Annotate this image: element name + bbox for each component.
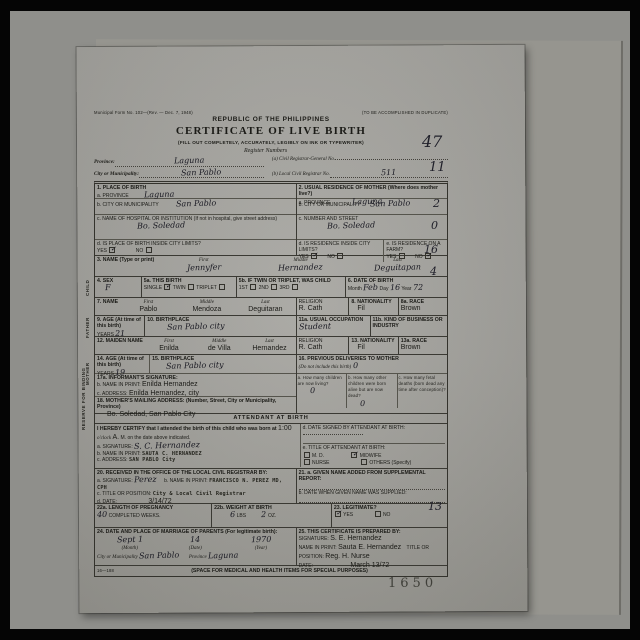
margin-note: 4 — [430, 265, 437, 278]
row-attendant: ATTENDANT AT BIRTH I HEREBY CERTIFY that… — [95, 413, 447, 468]
s1c-value: Bo. Soledad — [137, 221, 185, 229]
s19-name-label: b. NAME IN PRINT: — [97, 451, 141, 457]
mother-nationality: Fil — [357, 344, 364, 351]
s9-label: 9. AGE (At time of this birth) — [97, 317, 141, 330]
s24-label: 24. DATE AND PLACE OF MARRIAGE OF PARENT… — [97, 529, 277, 535]
informant-address: Enilda Hernandez, city — [129, 390, 199, 397]
province-value: Laguna — [174, 157, 204, 165]
s16c-label: c. How many fetal deaths (born dead any … — [399, 375, 446, 393]
s21a-label: 21. a. GIVEN NAME ADDED FROM SUPPLEMENTA… — [299, 470, 426, 483]
row-father-age: 9. AGE (At time of this birth) YEARS 21 … — [95, 315, 447, 336]
city-label: City or Municipality: — [94, 171, 139, 178]
certificate-form: CHILD FATHER MOTHER Municipal Form No. 1… — [94, 110, 448, 574]
row-mother-name: 12. MAIDEN NAME First Enilda Middle de V… — [95, 336, 447, 354]
mother-religion: R. Cath — [299, 344, 323, 351]
row-pregnancy-weight: 22a. LENGTH OF PREGNANCY 40 COMPLETED WE… — [95, 503, 447, 527]
s13a-label: 13a. RACE — [401, 338, 427, 344]
s17-label: 17a. INFORMANT'S SIGNATURE: — [97, 375, 178, 381]
reg-a-label: (a) Civil Registrar-General No. — [272, 157, 335, 163]
triplet-checkbox — [219, 284, 225, 290]
s5b-1st-label: 1ST — [239, 285, 248, 291]
others-checkbox — [361, 459, 367, 465]
marriage-day: 14 — [190, 536, 200, 543]
row-registrar: 20. RECEIVED IN THE OFFICE OF THE LOCAL … — [95, 468, 447, 503]
attendant-signature: S. C. Hernandez — [134, 441, 200, 450]
province-label: Province: — [94, 159, 115, 166]
father-religion: R. Cath — [299, 305, 323, 312]
child-first-name: Jennyfer — [186, 264, 220, 272]
weight-oz: 2 — [261, 511, 266, 518]
margin-note: 11 — [429, 160, 446, 175]
preparer-name: Sauta E. Hernandez — [338, 544, 401, 551]
s20-sig-label: a. SIGNATURE: — [97, 478, 133, 484]
s13-label: 13. NATIONALITY — [351, 338, 394, 344]
marriage-province: Laguna — [208, 551, 238, 559]
s16-total: 0 — [352, 362, 357, 369]
s1a-label: a. PROVINCE — [97, 193, 129, 199]
father-first-name: Pablo — [139, 306, 157, 313]
document-number-stamp: 1650 — [388, 576, 437, 591]
s16b-value: 0 — [360, 400, 365, 407]
s19-oclock-label: o'clock — [97, 436, 111, 441]
s19-date-label: d. DATE SIGNED BY ATTENDANT AT BIRTH: — [303, 425, 405, 431]
s2e-yes-checkbox — [399, 253, 405, 259]
mother-birthplace: San Pablo city — [166, 362, 224, 371]
margin-note: 16 — [424, 243, 438, 256]
place-of-birth-section: 1. PLACE OF BIRTH a. PROVINCE Laguna b. … — [95, 184, 296, 255]
s25-label: 25. THIS CERTIFICATE IS PREPARED BY: — [299, 529, 401, 535]
s22a-label: 22a. LENGTH OF PREGNANCY — [97, 505, 173, 511]
s2-title: 2. USUAL RESIDENCE OF MOTHER (Where does… — [299, 185, 438, 198]
s1-title: 1. PLACE OF BIRTH — [97, 185, 146, 191]
legitimate-yes-checkbox: ✓ — [335, 511, 341, 517]
s7-religion-label: RELIGION — [299, 299, 323, 305]
weight-lbs: 6 — [230, 511, 235, 518]
s20-name-label: b. NAME IN PRINT: — [164, 478, 208, 484]
s5b-3rd-label: 3RD — [279, 285, 289, 291]
row-sex-birth-date: 4. SEX F 5a. THIS BIRTH SINGLE ✓ TWIN TR… — [95, 276, 447, 297]
s5a-triplet-label: TRIPLET — [196, 285, 216, 291]
midwife-mark: ✓ — [352, 450, 358, 459]
s1-yes-checkbox: ✓ — [109, 247, 115, 253]
s24-day-label: (Date) — [189, 546, 202, 551]
registrar-signature: Perez — [134, 476, 157, 484]
s1b-value: San Pablo — [176, 199, 216, 207]
s3-label: 3. NAME (Type or print) — [97, 257, 154, 264]
form-top-line: Municipal Form No. 102—(Rev. — Dec. 7, 1… — [94, 110, 448, 115]
s11b-label: 11b. KIND OF BUSINESS OR INDUSTRY — [373, 317, 443, 330]
preparer-signature: S. E. Hernandez — [330, 535, 381, 542]
s8a-label: 8a. RACE — [401, 299, 424, 305]
s22b-lbs-label: LBS — [237, 513, 246, 519]
s18-label: 18. MOTHER'S MAILING ADDRESS: (Number, S… — [97, 398, 276, 411]
father-age: 21 — [115, 330, 125, 337]
s16-note: (Do not include this birth) — [299, 365, 352, 370]
attendant-name: SAUTA C. HERNANDEZ — [142, 451, 202, 457]
margin-note: 0 — [431, 219, 438, 232]
s16a-value: 0 — [310, 387, 315, 394]
single-checkbox: ✓ — [164, 284, 170, 290]
certificate-subtitle: (FILL OUT COMPLETELY, ACCURATELY, LEGIBL… — [94, 140, 448, 146]
twin-checkbox — [188, 284, 194, 290]
mother-race: Brown — [401, 344, 421, 351]
s5a-twin-label: TWIN — [173, 285, 186, 291]
s2c-value: Bo. Soledad — [327, 221, 375, 229]
s1-yes-mark: ✓ — [110, 245, 116, 254]
s19-midwife-label: MIDWIFE — [360, 453, 382, 459]
s2d-no-checkbox — [337, 253, 343, 259]
child-last-name: Deguitapan — [374, 263, 421, 271]
s5a-label: 5a. THIS BIRTH — [144, 278, 182, 284]
legitimate-no-checkbox — [375, 511, 381, 517]
s5b-label: 5b. IF TWIN OR TRIPLET, WAS CHILD — [239, 278, 331, 284]
mother-first-name: Enilda — [159, 345, 178, 352]
s24-year-label: (Year) — [255, 546, 267, 551]
birth-month: Feb — [363, 284, 378, 292]
preparer-title: Reg. H. Nurse — [325, 553, 369, 560]
s6-month-label: Month — [348, 286, 362, 292]
father-last-name: Deguitaran — [248, 306, 282, 313]
s1a-value: Laguna — [144, 191, 174, 199]
row-child-name: 3. NAME (Type or print) First Jennyfer M… — [95, 255, 447, 276]
s1-no-label: NO — [136, 248, 144, 254]
s23-yes-label: YES — [343, 512, 353, 518]
s7-last-label: Last — [261, 300, 270, 305]
mother-group-label: MOTHER — [85, 348, 91, 400]
s20-label: 20. RECEIVED IN THE OFFICE OF THE LOCAL … — [97, 470, 267, 476]
s22a-suffix: COMPLETED WEEKS. — [109, 513, 161, 519]
father-nationality: Fil — [357, 305, 364, 312]
marriage-month: Sept 1 — [117, 536, 143, 544]
scanned-birth-certificate: RESERVE FOR BINDING CHILD FATHER MOTHER … — [0, 0, 640, 640]
margin-note: 47 — [422, 132, 442, 151]
s19-md-label: M. D. — [312, 453, 324, 459]
s7-label: 7. NAME — [97, 299, 118, 306]
s1-no-checkbox — [146, 247, 152, 253]
form-grid: 1. PLACE OF BIRTH a. PROVINCE Laguna b. … — [94, 181, 448, 578]
footer-code: 16—188 — [97, 568, 114, 573]
s6-year-label: Year — [401, 286, 411, 292]
duplicate-note: (TO BE ACCOMPLISHED IN DUPLICATE) — [362, 110, 448, 115]
s8-label: 8. NATIONALITY — [351, 299, 391, 305]
s19-sig-label: a. SIGNATURE: — [97, 444, 133, 450]
row-father-name: 7. NAME First Pablo Middle Mendoza Last … — [95, 297, 447, 315]
mother-middle-name: de Villa — [208, 345, 231, 352]
s12-first-label: First — [164, 339, 174, 344]
margin-note: 13 — [428, 500, 442, 513]
s19-others-label: OTHERS (Specify) — [369, 460, 411, 466]
s7-middle-label: Middle — [200, 300, 214, 305]
mother-age: 19 — [115, 369, 125, 376]
province-register-line: Province: Laguna (a) Civil Registrar-Gen… — [94, 157, 448, 166]
second-checkbox — [271, 284, 277, 290]
father-birthplace: San Pablo city — [167, 323, 225, 332]
footer-note: (SPACE FOR MEDICAL AND HEALTH ITEMS FOR … — [114, 568, 445, 575]
third-checkbox — [292, 284, 298, 290]
s19-nurse-label: NURSE — [312, 460, 330, 466]
birth-ampm: A. — [113, 434, 120, 441]
child-middle-name: Hernandez — [278, 264, 323, 272]
legitimate-yes-mark: ✓ — [336, 509, 342, 518]
s25-sig-label: SIGNATURE: — [299, 536, 329, 542]
s21b-label: b. DATE WHEN GIVEN NAME WAS SUPPLIED: — [299, 490, 407, 496]
s12-last-label: Last — [265, 339, 274, 344]
row-marriage-prepared: 24. DATE AND PLACE OF MARRIAGE OF PARENT… — [95, 527, 447, 565]
city-value: San Pablo — [181, 168, 221, 176]
mother-mailing-address: Bo. Soledad, San Pablo City — [107, 411, 195, 418]
s24-month-label: (Month) — [122, 546, 138, 551]
s16a-label: a. How many children are now living? — [298, 375, 342, 386]
single-mark: ✓ — [165, 282, 171, 291]
form-number: Municipal Form No. 102—(Rev. — Dec. 7, 1… — [94, 110, 193, 115]
s14-label: 14. AGE (At time of this birth) — [97, 356, 144, 369]
s16-label: 16. PREVIOUS DELIVERIES TO MOTHER — [299, 356, 399, 362]
s12-religion-label: RELIGION — [299, 338, 323, 344]
md-checkbox — [304, 452, 310, 458]
s1b-label: b. CITY OR MUNICIPALITY — [97, 202, 159, 208]
s19-title-label: e. TITLE OF ATTENDANT AT BIRTH: — [303, 445, 386, 451]
row-mother-age-informant: 14. AGE (At time of this birth) YEARS 19… — [95, 354, 447, 413]
register-numbers-heading: Register Numbers — [244, 148, 448, 156]
reg-b-label: (b) Local Civil Registrar No. — [272, 172, 330, 178]
s5a-single-label: SINGLE — [144, 285, 162, 291]
s1c-label: c. NAME OF HOSPITAL OR INSTITUTION (If n… — [97, 216, 277, 222]
mother-last-name: Hernandez — [252, 345, 286, 352]
certificate-title: CERTIFICATE OF LIVE BIRTH — [94, 125, 448, 139]
informant-name: Enilda Hernandez — [142, 381, 198, 388]
row-place-residence: 1. PLACE OF BIRTH a. PROVINCE Laguna b. … — [95, 184, 447, 255]
s20-title-label: c. TITLE OR POSITION: — [97, 491, 151, 497]
s2d-label: d. IS RESIDENCE INSIDE CITY LIMITS? — [299, 241, 371, 253]
child-group-label: CHILD — [85, 268, 91, 308]
birth-time: 1:00 — [278, 425, 292, 432]
father-occupation: Student — [299, 323, 331, 331]
midwife-checkbox: ✓ — [351, 452, 357, 458]
s6-day-label: Day — [380, 286, 389, 292]
sex-value: F — [105, 284, 111, 291]
city-register-line: City or Municipality: San Pablo (b) Loca… — [94, 169, 448, 178]
s17-addr-label: c. ADDRESS: — [97, 391, 128, 397]
marriage-city: San Pablo — [139, 551, 179, 559]
margin-note: 2 — [433, 197, 440, 210]
s23-no-label: NO — [383, 512, 391, 518]
reg-b-value: 511 — [381, 168, 396, 176]
s17-name-label: b. NAME IN PRINT: — [97, 382, 141, 388]
s24-city-label: City or Municipality — [97, 555, 138, 560]
pregnancy-weeks: 40 — [97, 511, 107, 518]
s2d-yes-checkbox: ✓ — [311, 253, 317, 259]
nurse-checkbox — [304, 459, 310, 465]
s22b-oz-label: OZ. — [268, 513, 276, 519]
s7-first-label: First — [143, 300, 153, 305]
s2b-value: San Pablo — [370, 199, 410, 207]
birth-year: 72 — [413, 284, 423, 291]
s16b-label: b. How many other children were born ali… — [348, 375, 387, 399]
s25-name-label: NAME IN PRINT: — [299, 545, 337, 551]
s2d-yes-mark: ✓ — [312, 251, 318, 260]
first-checkbox — [250, 284, 256, 290]
marriage-year: 1970 — [251, 536, 272, 544]
father-race: Brown — [401, 305, 421, 312]
s12-label: 12. MAIDEN NAME — [97, 338, 143, 345]
father-group-label: FATHER — [85, 310, 91, 346]
s1-yes-label: YES — [97, 248, 107, 254]
s19-certify-pre: I HEREBY CERTIFY that I attended the bir… — [97, 426, 277, 432]
registrar-title: City & Local Civil Registrar — [153, 491, 246, 497]
s12-middle-label: Middle — [212, 339, 226, 344]
form-footer: 16—188 (SPACE FOR MEDICAL AND HEALTH ITE… — [95, 565, 447, 577]
birth-day: 16 — [390, 284, 400, 291]
s19-addr-label: c. ADDRESS: — [97, 457, 128, 463]
father-middle-name: Mendoza — [192, 306, 221, 313]
republic-heading: REPUBLIC OF THE PHILIPPINES — [94, 116, 448, 124]
attendant-address: SAN PABLO City — [129, 457, 176, 463]
s5b-2nd-label: 2ND — [259, 285, 269, 291]
s24-prov-label: Province — [189, 555, 207, 560]
